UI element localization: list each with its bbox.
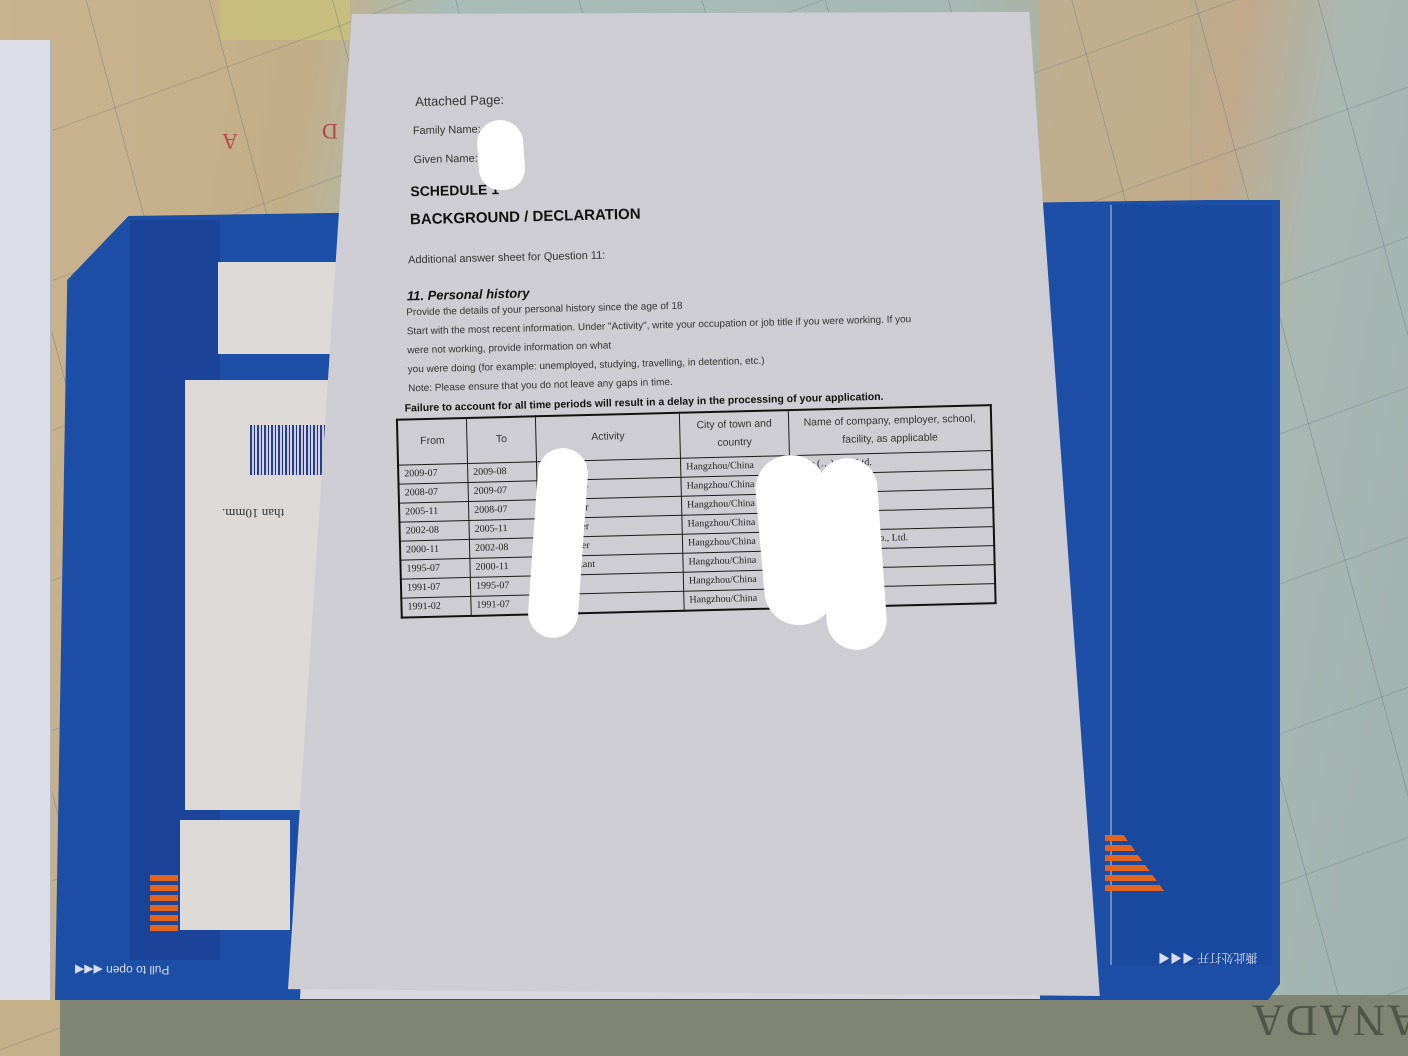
map-label: D: [322, 118, 338, 144]
folder-label-card: [218, 262, 338, 354]
cell-to: 2009-08: [468, 461, 537, 482]
personal-history-table: From To Activity City of town and countr…: [396, 404, 997, 618]
map-label: A: [222, 128, 238, 154]
side-paper-sheet: [0, 40, 52, 1000]
cell-to: 2009-07: [468, 480, 537, 501]
cell-from: 2009-07: [398, 463, 468, 484]
cell-from: 2008-07: [399, 482, 469, 503]
map-border: [60, 995, 1408, 1056]
card-text: than 10mm.: [222, 505, 284, 521]
pull-to-open-label: Pull to open ◀◀◀: [75, 963, 169, 977]
folder-corner-card: [180, 820, 290, 930]
cell-from: 1995-07: [400, 558, 470, 579]
column-header-to: To: [466, 416, 536, 463]
cell-from: 1991-07: [401, 577, 471, 598]
cell-from: 1991-02: [401, 596, 471, 617]
section-heading: BACKGROUND / DECLARATION: [410, 197, 1003, 228]
cell-from: 2000-11: [400, 539, 470, 560]
barcode-icon: [250, 425, 330, 475]
table-body: 2009-072009-08Fin…nagerHangzhou/China…de…: [398, 450, 996, 617]
column-header-organization: Name of company, employer, school, facil…: [788, 405, 992, 455]
column-header-city: City of town and country: [679, 410, 789, 458]
orange-stripes-icon: [150, 875, 178, 935]
redaction-mark: [476, 118, 527, 191]
cell-to: 2008-07: [468, 499, 537, 520]
cell-from: 2005-11: [399, 501, 469, 522]
cell-to: 2002-08: [469, 537, 538, 558]
pull-to-open-label: 撕此处打开 ◀◀◀: [1158, 950, 1257, 967]
document-content: Attached Page: Family Name: Given Name: …: [380, 80, 1013, 619]
additional-sheet-note: Additional answer sheet for Question 11:: [408, 240, 1004, 267]
map-label-canada: CANADA: [1250, 995, 1408, 1046]
cell-from: 2002-08: [399, 520, 469, 541]
cell-to: 2005-11: [469, 518, 538, 539]
cell-to: 2000-11: [470, 556, 539, 577]
column-header-from: From: [397, 418, 468, 465]
